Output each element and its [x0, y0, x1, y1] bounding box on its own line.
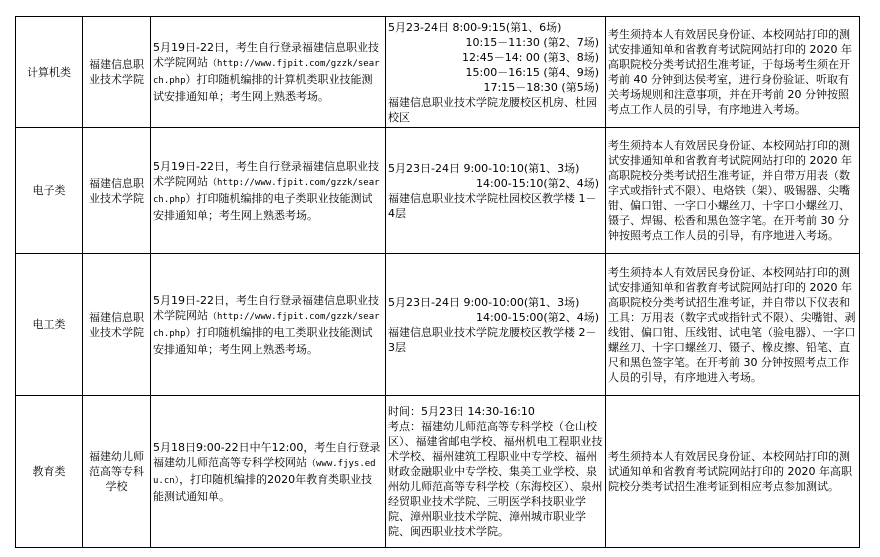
- table-row: 计算机类 福建信息职业技术学院 5月19日-22日，考生自行登录福建信息职业技术…: [16, 17, 860, 128]
- time-line: 15:00－16:15 (第4、9场): [388, 65, 603, 80]
- category-cell: 电工类: [16, 254, 83, 396]
- time-venue-cell: 5月23日-24日 9:00-10:00(第1、3场) 14:00-15:00(…: [386, 254, 606, 396]
- time-line: 5月23日-24日 9:00-10:10(第1、3场): [388, 161, 603, 176]
- notice-cell: 5月18日9:00-22日中午12:00，考生自行登录福建幼儿师范高等专科学校网…: [151, 396, 386, 548]
- venue-text: 考点：福建幼儿师范高等专科学校（仓山校区）、福建省邮电学校、福州机电工程职业技术…: [388, 419, 603, 539]
- requirement-cell: 考生须持本人有效居民身份证、本校网站打印的测试安排通知单和省教育考试院网站打印的…: [606, 254, 860, 396]
- notice-text-end: ，打印随机编排的2020年教育类职业技能测试通知单。: [153, 473, 372, 503]
- notice-cell: 5月19日-22日，考生自行登录福建信息职业技术学院网站（http://www.…: [151, 254, 386, 396]
- exam-schedule-table: 计算机类 福建信息职业技术学院 5月19日-22日，考生自行登录福建信息职业技术…: [15, 16, 860, 548]
- school-cell: 福建信息职业技术学院: [83, 254, 151, 396]
- category-cell: 计算机类: [16, 17, 83, 128]
- time-venue-cell: 时间：5月23日 14:30-16:10 考点：福建幼儿师范高等专科学校（仓山校…: [386, 396, 606, 548]
- venue-text: 福建信息职业技术学院龙腰校区教学楼 2－3层: [388, 325, 603, 355]
- time-line: 时间：5月23日 14:30-16:10: [388, 404, 603, 419]
- notice-text-end: ）打印随机编排的电工类职业技能测试安排通知单；考生网上熟悉考场。: [153, 326, 373, 356]
- time-line: 14:00-15:00(第2、4场): [388, 310, 603, 325]
- category-cell: 教育类: [16, 396, 83, 548]
- notice-cell: 5月19日-22日，考生自行登录福建信息职业技术学院网站（http://www.…: [151, 128, 386, 254]
- time-venue-cell: 5月23-24日 8:00-9:15(第1、6场) 10:15－11:30 (第…: [386, 17, 606, 128]
- table-row: 电子类 福建信息职业技术学院 5月19日-22日，考生自行登录福建信息职业技术学…: [16, 128, 860, 254]
- school-cell: 福建信息职业技术学院: [83, 128, 151, 254]
- time-line: 14:00-15:10(第2、4场): [388, 176, 603, 191]
- notice-text-end: ）打印随机编排的电子类职业技能测试安排通知单；考生网上熟悉考场。: [153, 192, 373, 222]
- time-line: 10:15－11:30 (第2、7场): [388, 35, 603, 50]
- time-venue-cell: 5月23日-24日 9:00-10:10(第1、3场) 14:00-15:10(…: [386, 128, 606, 254]
- school-cell: 福建信息职业技术学院: [83, 17, 151, 128]
- requirement-cell: 考生须持本人有效居民身份证、本校网站打印的测试安排通知单和省教育考试院网站打印的…: [606, 128, 860, 254]
- notice-text-end: ）打印随机编排的计算机类职业技能测试安排通知单；考生网上熟悉考场。: [153, 73, 373, 103]
- requirement-cell: 考生须持本人有效居民身份证、本校网站打印的测试安排通知单和省教育考试院网站打印的…: [606, 17, 860, 128]
- notice-cell: 5月19日-22日，考生自行登录福建信息职业技术学院网站（http://www.…: [151, 17, 386, 128]
- school-cell: 福建幼儿师范高等专科学校: [83, 396, 151, 548]
- category-cell: 电子类: [16, 128, 83, 254]
- venue-text: 福建信息职业技术学院龙腰校区机房、杜园校区: [388, 95, 603, 125]
- time-line: 5月23日-24日 9:00-10:00(第1、3场): [388, 295, 603, 310]
- time-line: 12:45－14: 00 (第3、8场): [388, 50, 603, 65]
- table-row: 电工类 福建信息职业技术学院 5月19日-22日，考生自行登录福建信息职业技术学…: [16, 254, 860, 396]
- requirement-cell: 考生须持本人有效居民身份证、本校网站打印的测试通知单和省教育考试院网站打印的 2…: [606, 396, 860, 548]
- venue-text: 福建信息职业技术学院杜园校区教学楼 1－4层: [388, 191, 603, 221]
- time-line: 17:15－18:30 (第5场): [388, 80, 603, 95]
- table-row: 教育类 福建幼儿师范高等专科学校 5月18日9:00-22日中午12:00，考生…: [16, 396, 860, 548]
- time-line: 5月23-24日 8:00-9:15(第1、6场): [388, 20, 603, 35]
